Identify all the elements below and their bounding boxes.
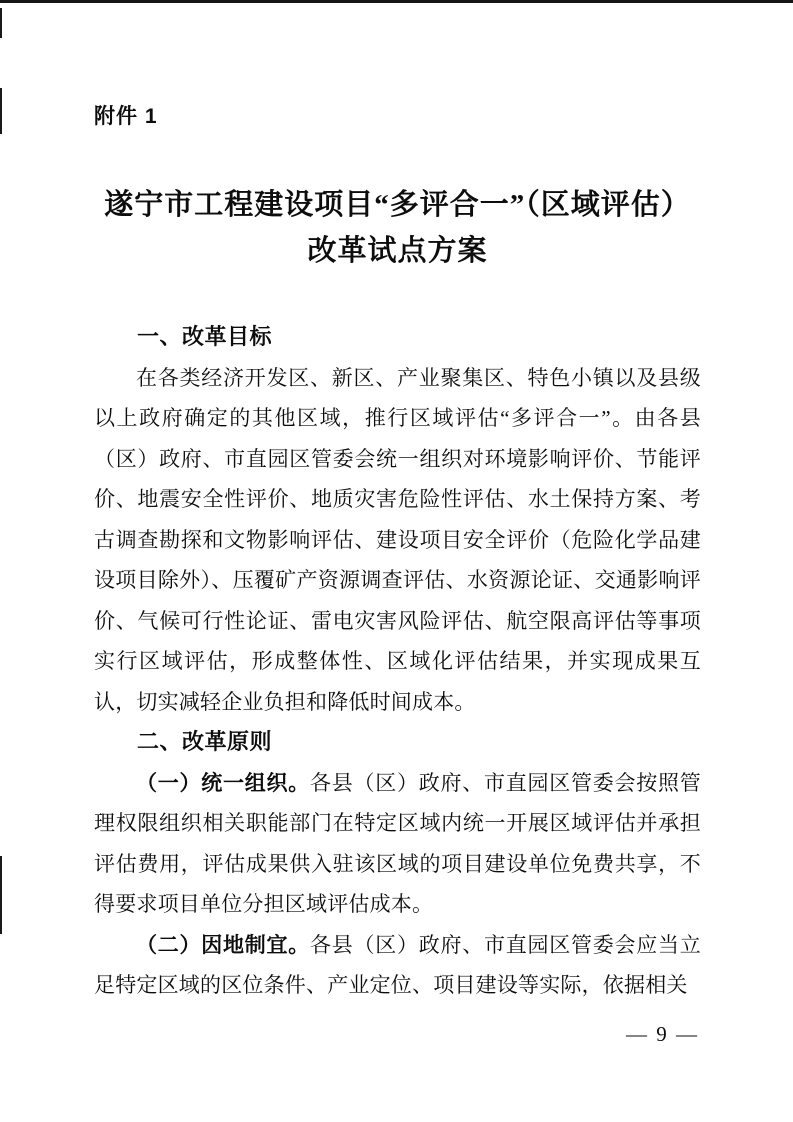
scan-edge-artifact-left bbox=[0, 88, 2, 134]
scan-edge-artifact-left bbox=[0, 856, 2, 934]
document-content: 附件 1 遂宁市工程建设项目“多评合一”（区域评估） 改革试点方案 一、改革目标… bbox=[94, 0, 701, 1006]
document-title: 遂宁市工程建设项目“多评合一”（区域评估） 改革试点方案 bbox=[94, 182, 701, 274]
paragraph-lead: （二）因地制宜。 bbox=[136, 933, 310, 957]
paragraph-lead: （一）统一组织。 bbox=[136, 771, 310, 795]
paragraph-reform-goal: 在各类经济开发区、新区、产业聚集区、特色小镇以及县级以上政府确定的其他区域，推行… bbox=[94, 358, 701, 723]
attachment-label: 附件 1 bbox=[94, 101, 701, 133]
document-page: 附件 1 遂宁市工程建设项目“多评合一”（区域评估） 改革试点方案 一、改革目标… bbox=[0, 0, 793, 1122]
page-number: — 9 — bbox=[626, 1020, 699, 1048]
section-heading-reform-goal: 一、改革目标 bbox=[94, 317, 701, 358]
document-title-line-1: 遂宁市工程建设项目“多评合一”（区域评估） bbox=[94, 182, 701, 228]
paragraph-text: 在各类经济开发区、新区、产业聚集区、特色小镇以及县级以上政府确定的其他区域，推行… bbox=[94, 366, 701, 714]
section-heading-reform-principles: 二、改革原则 bbox=[94, 722, 701, 763]
document-title-line-2: 改革试点方案 bbox=[94, 228, 701, 274]
paragraph-principle-local-conditions: （二）因地制宜。各县（区）政府、市直园区管委会应当立足特定区域的区位条件、产业定… bbox=[94, 925, 701, 1006]
paragraph-principle-unified-organization: （一）统一组织。各县（区）政府、市直园区管委会按照管理权限组织相关职能部门在特定… bbox=[94, 763, 701, 925]
scan-edge-artifact-left bbox=[0, 8, 2, 38]
